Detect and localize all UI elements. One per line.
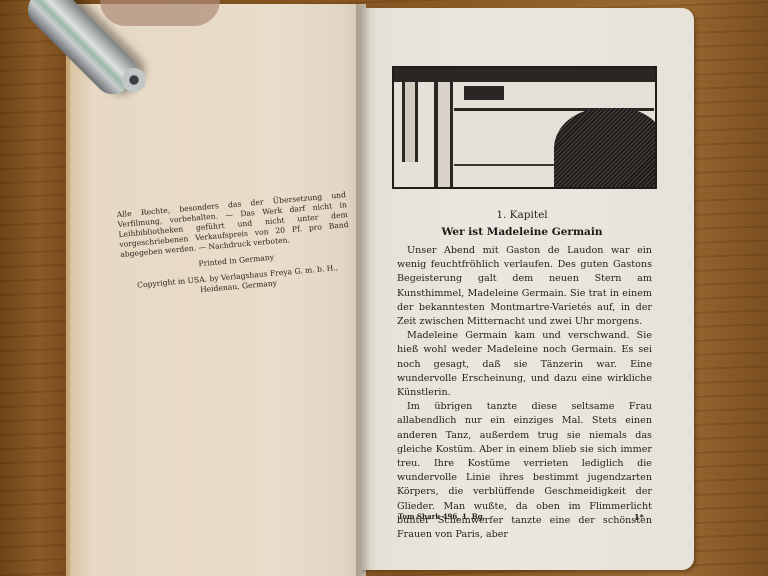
- illus-pillar-left: [402, 82, 418, 162]
- chapter-title: Wer ist Madeleine Germain: [392, 226, 652, 238]
- sheet-mark: 1*: [634, 512, 644, 522]
- paragraph: Madeleine Germain kam und verschwand. Si…: [397, 329, 652, 400]
- paragraph: Unser Abend mit Gaston de Laudon war ein…: [397, 244, 652, 329]
- body-text: Unser Abend mit Gaston de Laudon war ein…: [397, 244, 652, 542]
- illus-shrubbery: [554, 108, 657, 189]
- pen-shadow-spot: [100, 0, 220, 26]
- signature-mark: Tom Shark 496, 1. Bg.: [398, 512, 485, 521]
- illus-gate-pillar: [434, 82, 453, 187]
- pen-end-cap: [122, 68, 146, 92]
- illus-dark-top: [394, 68, 655, 82]
- chapter-heading: 1. Kapitel: [392, 209, 652, 221]
- illus-window: [464, 86, 504, 100]
- chapter-illustration: [392, 66, 657, 189]
- spine-shadow: [356, 4, 370, 576]
